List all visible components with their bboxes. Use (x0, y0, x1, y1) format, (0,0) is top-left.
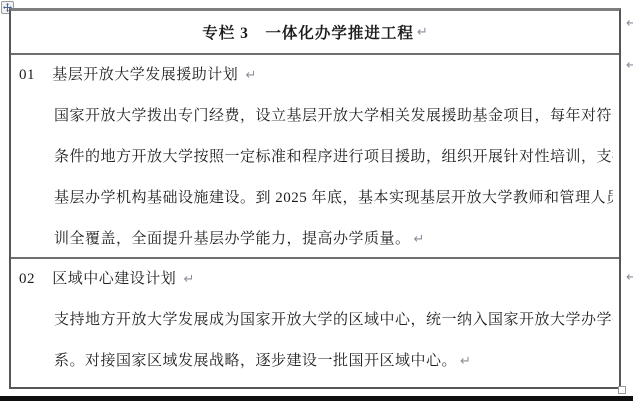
paragraph-mark-icon: ↵ (246, 68, 257, 83)
row-end-paragraph-mark-icon: ↵ (626, 270, 633, 284)
section-02-title: 区域中心建设计划 (52, 263, 176, 295)
paragraph-mark-icon: ↵ (414, 232, 425, 247)
paragraph-mark-icon: ↵ (460, 354, 471, 369)
row-end-paragraph-mark-icon: ↵ (626, 16, 633, 30)
section-02-number: 02 (19, 263, 35, 295)
page-bottom-rule (0, 396, 633, 401)
body-text-line: 国家开放大学拨出专门经费，设立基层开放大学相关发展援助基金项目，每年对符合 (54, 96, 613, 137)
body-text-line: 条件的地方开放大学按照一定标准和程序进行项目援助，组织开展针对性培训，支持 (54, 137, 613, 178)
paragraph-mark-icon: ↵ (417, 25, 428, 40)
section-01-number: 01 (19, 59, 35, 91)
section-02-heading: 02 区域中心建设计划 ↵ (11, 259, 619, 296)
table-resize-handle[interactable] (618, 386, 626, 394)
table-title-row: 专栏 3 一体化办学推进工程 ↵ (11, 11, 619, 55)
body-text-line: 基层办学机构基础设施建设。到 2025 年底，基本实现基层开放大学教师和管理人员… (54, 178, 613, 219)
body-text-line: 支持地方开放大学发展成为国家开放大学的区域中心，统一纳入国家开放大学办学体 (54, 300, 613, 341)
feature-box-table: 专栏 3 一体化办学推进工程 ↵ 01 基层开放大学发展援助计划 ↵ 国家开放大… (9, 8, 621, 389)
body-text-line: 训全覆盖，全面提升基层办学能力，提高办学质量。↵ (54, 219, 613, 260)
section-02-body: 支持地方开放大学发展成为国家开放大学的区域中心，统一纳入国家开放大学办学体 系。… (54, 300, 613, 382)
paragraph-mark-icon: ↵ (184, 272, 195, 287)
table-title: 专栏 3 一体化办学推进工程 (202, 21, 414, 43)
section-01-heading: 01 基层开放大学发展援助计划 ↵ (11, 55, 619, 92)
section-01-title: 基层开放大学发展援助计划 (52, 59, 238, 91)
body-text-line: 系。对接国家区域发展战略，逐步建设一批国开区域中心。↵ (54, 341, 613, 382)
section-01: 01 基层开放大学发展援助计划 ↵ 国家开放大学拨出专门经费，设立基层开放大学相… (11, 55, 619, 259)
document-page: 专栏 3 一体化办学推进工程 ↵ 01 基层开放大学发展援助计划 ↵ 国家开放大… (0, 0, 633, 408)
row-end-paragraph-mark-icon: ↵ (626, 58, 633, 72)
section-02: 02 区域中心建设计划 ↵ 支持地方开放大学发展成为国家开放大学的区域中心，统一… (11, 259, 619, 387)
section-01-body: 国家开放大学拨出专门经费，设立基层开放大学相关发展援助基金项目，每年对符合 条件… (54, 96, 613, 260)
